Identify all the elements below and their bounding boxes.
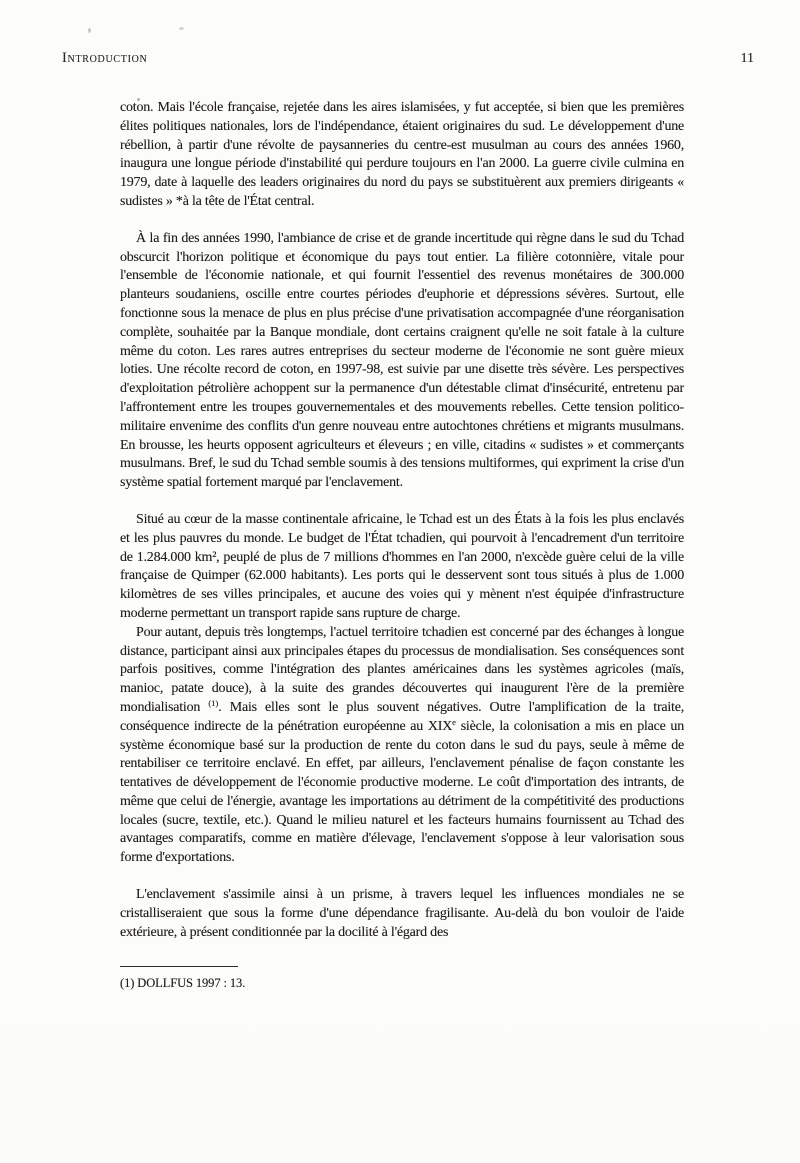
footnote: (1) DOLLFUS 1997 : 13. <box>120 966 684 993</box>
running-title: Introduction <box>62 50 147 67</box>
paragraph-text: L'enclavement s'assimile ainsi à un pris… <box>120 887 684 940</box>
paragraphs: coton. Mais l'école française, rejetée d… <box>120 99 684 942</box>
paragraph: Pour autant, depuis très longtemps, l'ac… <box>120 624 684 868</box>
scan-artifact <box>179 27 184 30</box>
paragraph-text: coton. Mais l'école française, rejetée d… <box>120 100 684 209</box>
paragraph-text: À la fin des années 1990, l'ambiance de … <box>120 231 684 490</box>
paragraph-text: siècle, la colonisation a mis en place u… <box>120 719 684 866</box>
paragraph: L'enclavement s'assimile ainsi à un pris… <box>120 886 684 942</box>
paragraph: coton. Mais l'école française, rejetée d… <box>120 99 684 212</box>
page-number: 11 <box>741 51 754 67</box>
paragraph: Situé au cœur de la masse continentale a… <box>120 511 684 624</box>
book-page: Introduction 11 coton. Mais l'école fran… <box>0 0 800 1163</box>
body-text: coton. Mais l'école française, rejetée d… <box>120 99 684 993</box>
footnote-text: (1) DOLLFUS 1997 : 13. <box>120 974 684 993</box>
footnote-rule <box>120 966 238 967</box>
footnote-reference: e <box>452 717 456 727</box>
scan-artifact <box>88 28 91 33</box>
footnote-reference: (1) <box>208 698 218 708</box>
paragraph: À la fin des années 1990, l'ambiance de … <box>120 230 684 493</box>
running-header: Introduction 11 <box>62 50 754 67</box>
paragraph-text: Situé au cœur de la masse continentale a… <box>120 512 684 621</box>
